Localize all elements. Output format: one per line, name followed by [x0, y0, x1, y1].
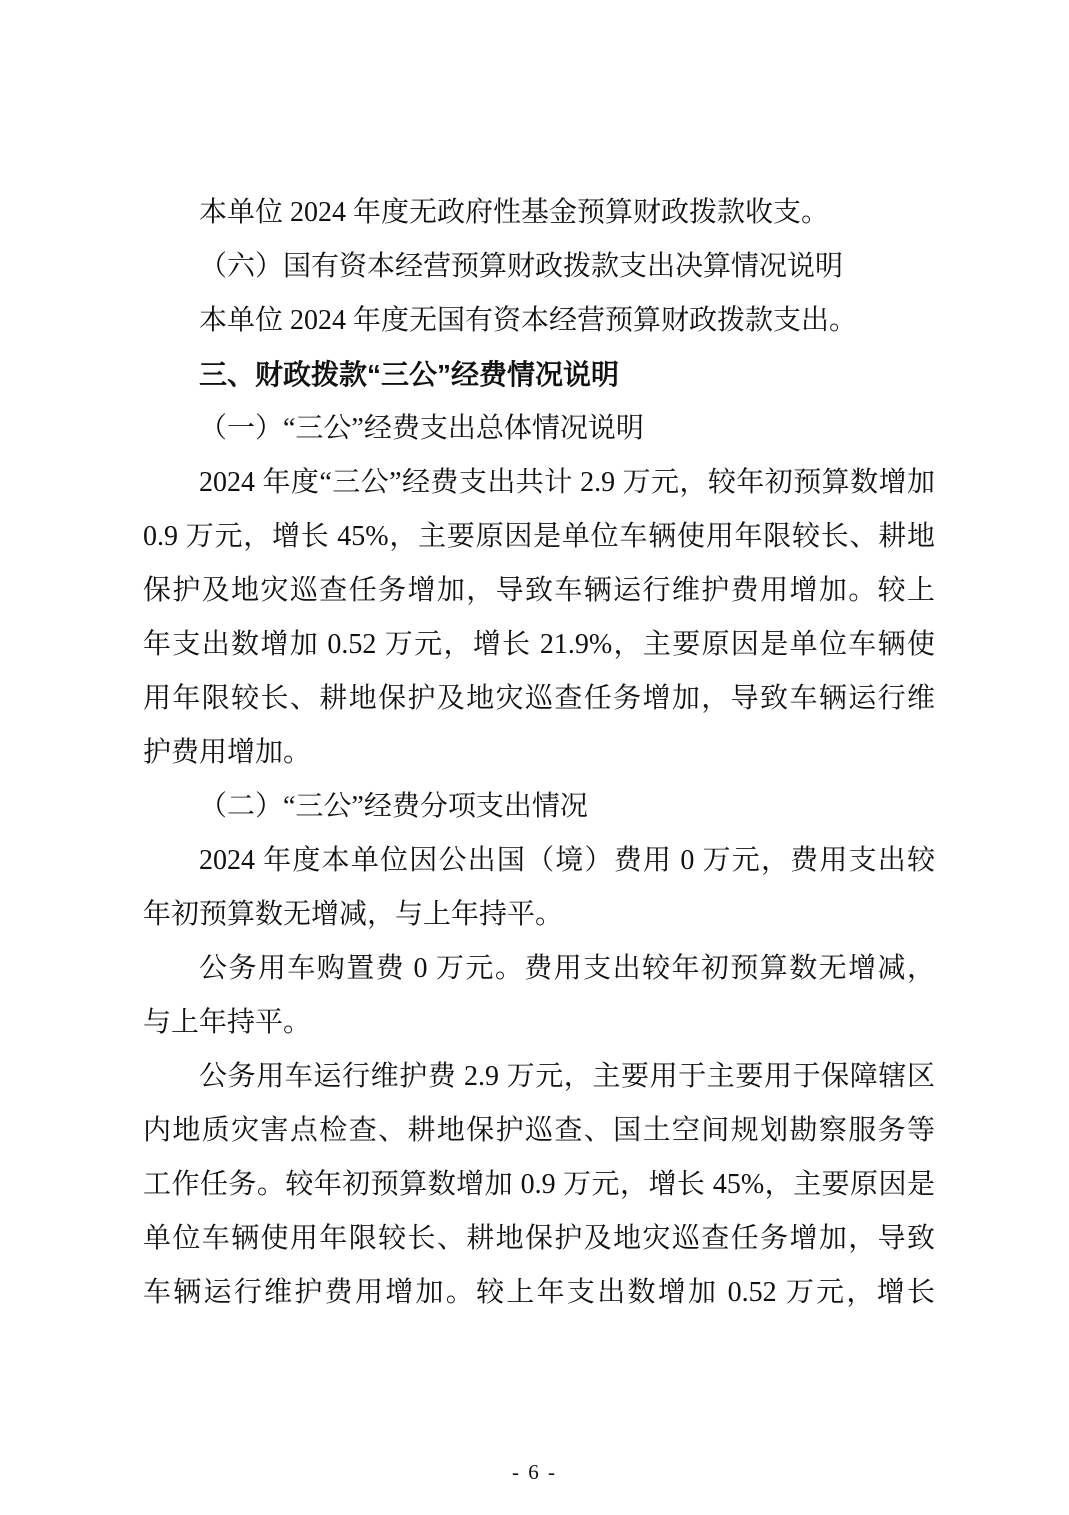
document-page: 本单位 2024 年度无政府性基金预算财政拨款收支。 （六）国有资本经营预算财政…	[0, 0, 1069, 1515]
paragraph-line: 护费用增加。	[143, 726, 935, 780]
paragraph-line: 2024 年度本单位因公出国（境）费用 0 万元，费用支出较	[143, 834, 935, 888]
paragraph-line: 保护及地灾巡查任务增加，导致车辆运行维护费用增加。较上	[143, 564, 935, 618]
paragraph-line: 本单位 2024 年度无政府性基金预算财政拨款收支。	[143, 186, 935, 240]
paragraph-line: 本单位 2024 年度无国有资本经营预算财政拨款支出。	[143, 294, 935, 348]
paragraph-line: 2024 年度“三公”经费支出共计 2.9 万元，较年初预算数增加	[143, 456, 935, 510]
subsection-heading-6: （六）国有资本经营预算财政拨款支出决算情况说明	[143, 240, 935, 294]
paragraph-line: 用年限较长、耕地保护及地灾巡查任务增加，导致车辆运行维	[143, 672, 935, 726]
document-body: 本单位 2024 年度无政府性基金预算财政拨款收支。 （六）国有资本经营预算财政…	[143, 186, 935, 1320]
page-number: - 6 -	[0, 1460, 1069, 1485]
paragraph-line: 内地质灾害点检查、耕地保护巡查、国土空间规划勘察服务等	[143, 1104, 935, 1158]
paragraph-line: 公务用车运行维护费 2.9 万元，主要用于主要用于保障辖区	[143, 1050, 935, 1104]
subsection-heading-2: （二）“三公”经费分项支出情况	[143, 780, 935, 834]
paragraph-line: 工作任务。较年初预算数增加 0.9 万元，增长 45%，主要原因是	[143, 1158, 935, 1212]
paragraph-line: 年初预算数无增减，与上年持平。	[143, 888, 935, 942]
section-heading-3: 三、财政拨款“三公”经费情况说明	[143, 348, 935, 402]
paragraph-line: 0.9 万元，增长 45%，主要原因是单位车辆使用年限较长、耕地	[143, 510, 935, 564]
paragraph-line: 单位车辆使用年限较长、耕地保护及地灾巡查任务增加，导致	[143, 1212, 935, 1266]
subsection-heading-1: （一）“三公”经费支出总体情况说明	[143, 402, 935, 456]
paragraph-line: 年支出数增加 0.52 万元，增长 21.9%，主要原因是单位车辆使	[143, 618, 935, 672]
paragraph-line: 车辆运行维护费用增加。较上年支出数增加 0.52 万元，增长	[143, 1266, 935, 1320]
paragraph-line: 与上年持平。	[143, 996, 935, 1050]
paragraph-line: 公务用车购置费 0 万元。费用支出较年初预算数无增减，	[143, 942, 935, 996]
